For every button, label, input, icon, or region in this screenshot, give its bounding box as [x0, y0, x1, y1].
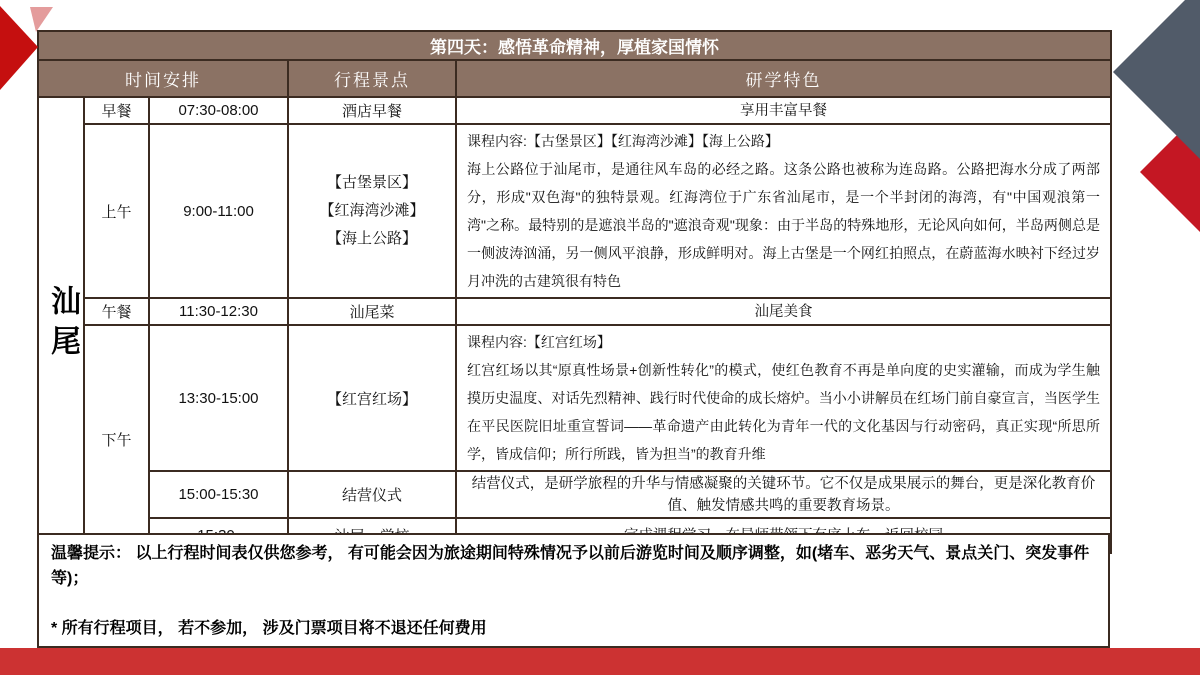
red-triangle-decoration	[0, 6, 38, 90]
region-cell: 汕尾	[38, 97, 84, 553]
closing-spot: 结营仪式	[288, 471, 456, 518]
redpalace-spot: 【红宫红场】	[288, 325, 456, 471]
header-time: 时间安排	[38, 60, 288, 97]
lunch-period: 午餐	[84, 298, 149, 325]
red-diamond-decoration	[1140, 32, 1200, 312]
gray-diamond-decoration	[1113, 0, 1200, 212]
table-header-row: 时间安排 行程景点 研学特色	[38, 60, 1111, 97]
day-title: 第四天：感悟革命精神，厚植家国情怀	[38, 31, 1111, 60]
closing-time: 15:00-15:30	[149, 471, 288, 518]
lunch-time: 11:30-12:30	[149, 298, 288, 325]
bottom-red-bar	[0, 648, 1200, 675]
breakfast-spot: 酒店早餐	[288, 97, 456, 124]
breakfast-feature: 享用丰富早餐	[456, 97, 1111, 124]
notes-warm-tip: 温馨提示： 以上行程时间表仅供您参考， 有可能会因为旅途期间特殊情况予以前后游览…	[51, 541, 1096, 591]
morning-spots: 【古堡景区】 【红海湾沙滩】 【海上公路】	[288, 124, 456, 298]
table-title-row: 第四天：感悟革命精神，厚植家国情怀	[38, 31, 1111, 60]
header-features: 研学特色	[456, 60, 1111, 97]
breakfast-period: 早餐	[84, 97, 149, 124]
row-lunch: 午餐 11:30-12:30 汕尾菜 汕尾美食	[38, 298, 1111, 325]
afternoon-period: 下午	[84, 325, 149, 553]
morning-feature: 课程内容:【古堡景区】【红海湾沙滩】【海上公路】 海上公路位于汕尾市，是通往风车…	[456, 124, 1111, 298]
lunch-spot: 汕尾菜	[288, 298, 456, 325]
closing-feature: 结营仪式，是研学旅程的升华与情感凝聚的关键环节。它不仅是成果展示的舞台，更是深化…	[456, 471, 1111, 518]
row-afternoon-redpalace: 下午 13:30-15:00 【红宫红场】 课程内容:【红宫红场】 红宫红场以其…	[38, 325, 1111, 471]
row-breakfast: 汕尾 早餐 07:30-08:00 酒店早餐 享用丰富早餐	[38, 97, 1111, 124]
morning-time: 9:00-11:00	[149, 124, 288, 298]
row-closing-ceremony: 15:00-15:30 结营仪式 结营仪式，是研学旅程的升华与情感凝聚的关键环节…	[38, 471, 1111, 518]
slide: 第四天：感悟革命精神，厚植家国情怀 时间安排 行程景点 研学特色 汕尾 早餐 0…	[0, 0, 1200, 675]
redpalace-feature: 课程内容:【红宫红场】 红宫红场以其“原真性场景+创新性转化”的模式，使红色教育…	[456, 325, 1111, 471]
header-spots: 行程景点	[288, 60, 456, 97]
itinerary-table: 第四天：感悟革命精神，厚植家国情怀 时间安排 行程景点 研学特色 汕尾 早餐 0…	[37, 30, 1112, 554]
redpalace-time: 13:30-15:00	[149, 325, 288, 471]
breakfast-time: 07:30-08:00	[149, 97, 288, 124]
row-morning: 上午 9:00-11:00 【古堡景区】 【红海湾沙滩】 【海上公路】 课程内容…	[38, 124, 1111, 298]
morning-period: 上午	[84, 124, 149, 298]
pink-triangle-decoration	[30, 7, 53, 32]
notes-refund-policy: * 所有行程项目， 若不参加， 涉及门票项目将不退还任何费用	[51, 616, 1096, 641]
region-label: 汕尾	[40, 285, 84, 365]
lunch-feature: 汕尾美食	[456, 298, 1111, 325]
notes-box: 温馨提示： 以上行程时间表仅供您参考， 有可能会因为旅途期间特殊情况予以前后游览…	[37, 533, 1110, 648]
